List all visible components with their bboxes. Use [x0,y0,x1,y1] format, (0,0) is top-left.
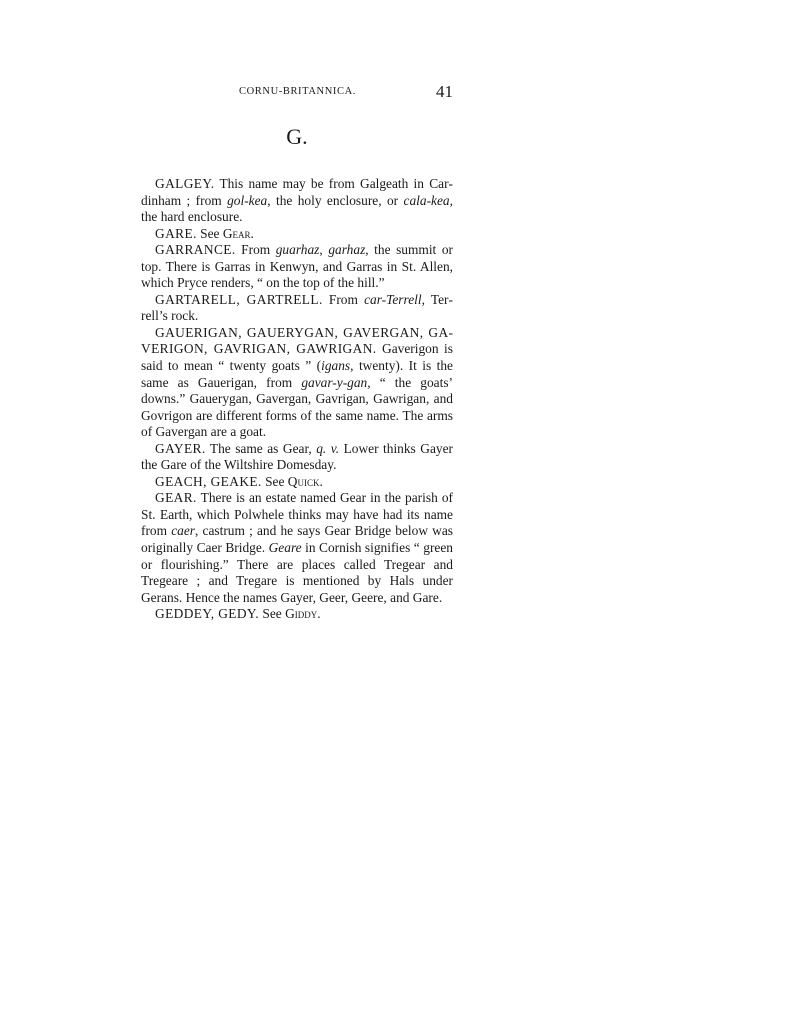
dictionary-entry: GAYER. The same as Gear, q. v. Lower thi… [141,441,453,474]
italic-term: q. v. [316,441,339,456]
italic-term: car-Terrell [364,292,422,307]
running-head: CORNU-BRITANNICA. 41 [141,82,453,104]
cross-reference: Gear [223,226,251,241]
entry-text: , [319,242,328,257]
entry-text: From [323,292,364,307]
dictionary-entry: GEDDEY, GEDY. See Giddy. [141,606,453,623]
page-number: 41 [436,82,453,102]
book-page: CORNU-BRITANNICA. 41 G. GALGEY. This nam… [141,82,453,623]
entry-text: See [259,606,285,621]
italic-term: cala-kea [404,193,450,208]
running-title: CORNU-BRITANNICA. [239,86,356,97]
italic-term: garhaz [328,242,365,257]
entry-headword: GARTARELL, GARTRELL. [155,292,323,307]
entry-text: . [317,606,320,621]
entry-text: See [262,474,288,489]
cross-reference: Quick [288,474,320,489]
entry-headword: GEAR. [155,490,197,505]
entry-headword: GALGEY. [155,176,214,191]
section-letter: G. [141,124,453,164]
entry-text: See [197,226,223,241]
entry-text: . [251,226,254,241]
entry-text: The same as Gear, [206,441,317,456]
italic-term: guarhaz [276,242,320,257]
dictionary-entry: GAUERIGAN, GAUERYGAN, GAVERGAN, GA­VERIG… [141,325,453,441]
dictionary-entry: GARTARELL, GARTRELL. From car-Terrell, T… [141,292,453,325]
entry-text: From [236,242,276,257]
dictionary-entry: GALGEY. This name may be from Galgeath i… [141,176,453,226]
cross-reference: Giddy [285,606,317,621]
italic-term: gavar-y-gan [301,375,367,390]
dictionary-entry: GARE. See Gear. [141,226,453,243]
entry-text: , the holy enclosure, or [267,193,403,208]
italic-term: Geare [269,540,302,555]
entry-headword: GARE. [155,226,197,241]
italic-term: igans [321,358,350,373]
italic-term: gol-kea [227,193,267,208]
italic-term: caer [171,523,195,538]
entry-text: . [319,474,322,489]
dictionary-entry: GARRANCE. From guarhaz, garhaz, the summ… [141,242,453,292]
dictionary-entry: GEACH, GEAKE. See Quick. [141,474,453,491]
entry-headword: GARRANCE. [155,242,236,257]
entry-headword: GAYER. [155,441,206,456]
entry-headword: GEDDEY, GEDY. [155,606,259,621]
dictionary-entries: GALGEY. This name may be from Galgeath i… [141,176,453,623]
dictionary-entry: GEAR. There is an estate named Gear in t… [141,490,453,606]
entry-headword: GEACH, GEAKE. [155,474,262,489]
